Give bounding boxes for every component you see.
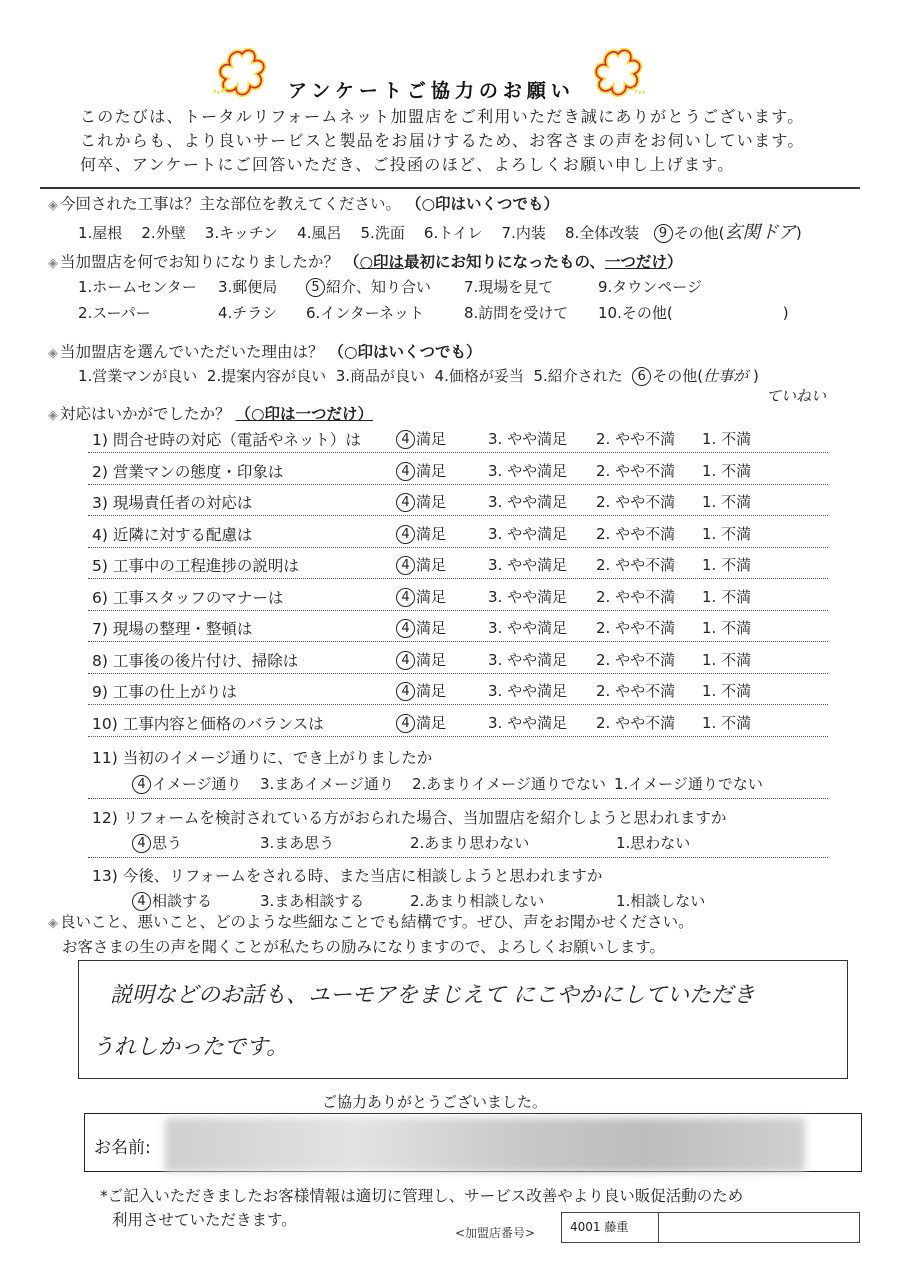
handwritten-answer: 玄関ドア xyxy=(724,222,795,243)
q1-options: 1.屋根 2.外壁 3.キッチン 4.風呂 5.洗面 6.トイレ 7.内装 8.… xyxy=(78,218,802,244)
q3-option[interactable]: 1.営業マンが良い xyxy=(78,367,197,385)
q4-row-label: 5) 工事中の工程進捗の説明は xyxy=(92,554,299,576)
comments-prompt-2: お客さまの生の声を聞くことが私たちの励みになりますので、よろしくお願いします。 xyxy=(62,935,665,957)
rating-option[interactable]: 1. 不満 xyxy=(702,556,751,574)
selected-circle[interactable]: 6 xyxy=(632,367,651,386)
q4-row-label: 4) 近隣に対する配慮は xyxy=(92,523,252,545)
divider xyxy=(88,798,828,799)
handwritten-comment-line-1: 説明などのお話も、ユーモアをまじえて にこやかにしていただき xyxy=(110,978,755,1009)
q1-option[interactable]: 2.外壁 xyxy=(141,224,185,242)
rating-option[interactable]: 1. 不満 xyxy=(702,493,751,511)
rating-option[interactable]: 2. やや不満 xyxy=(596,523,702,544)
store-code-label: <加盟店番号> xyxy=(455,1224,535,1241)
rating-option[interactable]: 3. やや満足 xyxy=(488,523,596,544)
rating-option[interactable]: 3. やや満足 xyxy=(488,554,596,575)
selected-circle[interactable]: 4 xyxy=(396,682,415,701)
flower-icon xyxy=(212,44,272,104)
rating-option[interactable]: 満足 xyxy=(416,462,446,480)
rating-option[interactable]: 2. やや不満 xyxy=(596,586,702,607)
q4-row-options: 4満足3. やや満足2. やや不満1. 不満 xyxy=(396,586,751,607)
q12-option[interactable]: 2.あまり思わない xyxy=(410,832,616,853)
handwritten-answer-cont: ていねい xyxy=(766,385,826,406)
rating-option[interactable]: 満足 xyxy=(416,588,446,606)
rating-option[interactable]: 3. やや満足 xyxy=(488,460,596,481)
q13-option[interactable]: 3.まあ相談する xyxy=(260,890,410,911)
q12-option[interactable]: 1.思わない xyxy=(616,834,690,852)
q4-row-options: 4満足3. やや満足2. やや不満1. 不満 xyxy=(396,712,751,733)
q4-row-options: 4満足3. やや満足2. やや不満1. 不満 xyxy=(396,523,751,544)
thanks-text: ご協力ありがとうございました。 xyxy=(322,1091,547,1112)
q13-option[interactable]: 2.あまり相談しない xyxy=(410,890,616,911)
rating-option[interactable]: 満足 xyxy=(416,714,446,732)
q12-option[interactable]: 3.まあ思う xyxy=(260,832,410,853)
rating-option[interactable]: 3. やや満足 xyxy=(488,428,596,449)
store-code-box: 4001 藤重 xyxy=(561,1212,860,1243)
rating-option[interactable]: 満足 xyxy=(416,682,446,700)
q11-option[interactable]: 2.あまりイメージ通りでない xyxy=(412,773,614,794)
rating-option[interactable]: 3. やや満足 xyxy=(488,712,596,733)
rating-option[interactable]: 2. やや不満 xyxy=(596,491,702,512)
divider xyxy=(88,641,828,642)
divider xyxy=(88,547,828,548)
q1-option[interactable]: 7.内装 xyxy=(502,224,546,242)
q3-option[interactable]: 5.紹介された xyxy=(533,367,622,385)
q3-heading: ◈当加盟店を選んでいただいた理由は？ （○印はいくつでも） xyxy=(48,340,481,362)
rating-option[interactable]: 3. やや満足 xyxy=(488,617,596,638)
selected-circle[interactable]: 4 xyxy=(396,462,415,481)
rating-option[interactable]: 1. 不満 xyxy=(702,525,751,543)
selected-circle[interactable]: 4 xyxy=(396,556,415,575)
rating-option[interactable]: 2. やや不満 xyxy=(596,460,702,481)
intro-line-2: これからも、より良いサービスと製品をお届けするため、お客さまの声をお伺いしていま… xyxy=(80,128,805,151)
rating-option[interactable]: 2. やや不満 xyxy=(596,712,702,733)
q13-options: 4相談する3.まあ相談する2.あまり相談しない1.相談しない xyxy=(132,890,705,911)
divider xyxy=(88,452,828,453)
q2-option[interactable]: 9.タウンページ xyxy=(598,278,702,296)
selected-circle[interactable]: 4 xyxy=(396,619,415,638)
q1-option[interactable]: 1.屋根 xyxy=(78,224,122,242)
selected-circle[interactable]: 4 xyxy=(396,588,415,607)
divider xyxy=(88,610,828,611)
q4-row-label: 3) 現場責任者の対応は xyxy=(92,491,252,513)
q2-option[interactable]: 8.訪問を受けて xyxy=(464,302,598,323)
q2-options-row2: 2.スーパー4.チラシ6.インターネット8.訪問を受けて10.その他() xyxy=(78,302,789,323)
q11-option[interactable]: 1.イメージ通りでない xyxy=(614,775,763,793)
q3-option[interactable]: 3.商品が良い xyxy=(336,367,425,385)
selected-circle[interactable]: 4 xyxy=(132,892,151,911)
selected-circle[interactable]: 4 xyxy=(132,834,151,853)
rating-option[interactable]: 2. やや不満 xyxy=(596,428,702,449)
rating-option[interactable]: 満足 xyxy=(416,619,446,637)
rating-option[interactable]: 3. やや満足 xyxy=(488,649,596,670)
rating-option[interactable]: 2. やや不満 xyxy=(596,617,702,638)
q11-option[interactable]: イメージ通り xyxy=(152,775,242,793)
rating-option[interactable]: 3. やや満足 xyxy=(488,586,596,607)
rating-option[interactable]: 2. やや不満 xyxy=(596,554,702,575)
redacted-name xyxy=(165,1118,805,1172)
q4-row-options: 4満足3. やや満足2. やや不満1. 不満 xyxy=(396,554,751,575)
q4-row-label: 1) 問合せ時の対応（電話やネット）は xyxy=(92,428,361,450)
privacy-note-2: 利用させていただきます。 xyxy=(112,1208,297,1230)
handwritten-answer: 仕事が xyxy=(703,367,748,385)
selected-circle[interactable]: 4 xyxy=(132,775,151,794)
handwritten-comment-line-2: うれしかったです。 xyxy=(92,1030,288,1061)
diamond-bullet-icon: ◈ xyxy=(48,198,58,213)
q2-option[interactable]: 紹介、知り合い xyxy=(326,278,431,296)
selected-circle[interactable]: 4 xyxy=(396,651,415,670)
q12-options: 4思う3.まあ思う2.あまり思わない1.思わない xyxy=(132,832,690,853)
intro-line-3: 何卒、アンケートにご回答いただき、ご投函のほど、よろしくお願い申し上げます。 xyxy=(80,152,735,175)
rating-option[interactable]: 1. 不満 xyxy=(702,462,751,480)
rating-option[interactable]: 3. やや満足 xyxy=(488,680,596,701)
rating-option[interactable]: 満足 xyxy=(416,525,446,543)
selected-circle[interactable]: 5 xyxy=(306,278,325,297)
q3-options: 1.営業マンが良い 2.提案内容が良い 3.商品が良い 4.価格が妥当 5.紹介… xyxy=(78,365,759,386)
rating-option[interactable]: 2. やや不満 xyxy=(596,649,702,670)
comments-prompt: ◈良いこと、悪いこと、どのような些細なことでも結構です。ぜひ、声をお聞かせくださ… xyxy=(48,910,694,932)
q4-row-label: 6) 工事スタッフのマナーは xyxy=(92,586,283,608)
q1-option[interactable]: 4.風呂 xyxy=(297,224,341,242)
q2-option[interactable]: 10.その他( xyxy=(598,304,673,322)
selected-circle[interactable]: 4 xyxy=(396,493,415,512)
q11-option[interactable]: 3.まあイメージ通り xyxy=(260,773,412,794)
q2-option[interactable]: 7.現場を見て xyxy=(464,276,598,297)
q4-row-label: 7) 現場の整理・整頓は xyxy=(92,617,252,639)
rating-option[interactable]: 満足 xyxy=(416,430,446,448)
rating-option[interactable]: 満足 xyxy=(416,651,446,669)
q1-option[interactable]: 6.トイレ xyxy=(424,224,483,242)
selected-circle[interactable]: 9 xyxy=(654,224,673,243)
divider xyxy=(40,187,860,189)
q1-option[interactable]: 3.キッチン xyxy=(205,224,278,242)
q1-option[interactable]: 8.全体改装 xyxy=(565,224,639,242)
q4-row-options: 4満足3. やや満足2. やや不満1. 不満 xyxy=(396,649,751,670)
q11-options: 4イメージ通り3.まあイメージ通り2.あまりイメージ通りでない1.イメージ通りで… xyxy=(132,773,763,794)
q12-option[interactable]: 思う xyxy=(152,834,182,852)
q2-options-row1: 1.ホームセンター3.郵便局5紹介、知り合い7.現場を見て9.タウンページ xyxy=(78,276,702,297)
q2-option[interactable]: 3.郵便局 xyxy=(218,276,306,297)
diamond-bullet-icon: ◈ xyxy=(48,256,58,271)
q13-option[interactable]: 1.相談しない xyxy=(616,892,705,910)
q13-question: 13) 今後、リフォームをされる時、また当店に相談しようと思われますか xyxy=(92,864,602,886)
q2-option[interactable]: 4.チラシ xyxy=(218,302,306,323)
name-label: お名前: xyxy=(94,1133,151,1158)
q3-option-other[interactable]: その他( xyxy=(652,367,703,385)
q2-option[interactable]: 1.ホームセンター xyxy=(78,276,218,297)
selected-circle[interactable]: 4 xyxy=(396,714,415,733)
privacy-note-1: *ご記入いただきましたお客様情報は適切に管理し、サービス改善やより良い販促活動の… xyxy=(100,1184,743,1206)
rating-option[interactable]: 1. 不満 xyxy=(702,651,751,669)
q4-row-label: 8) 工事後の後片付け、掃除は xyxy=(92,649,298,671)
rating-option[interactable]: 1. 不満 xyxy=(702,430,751,448)
divider xyxy=(88,673,828,674)
diamond-bullet-icon: ◈ xyxy=(48,346,58,361)
q4-row-options: 4満足3. やや満足2. やや不満1. 不満 xyxy=(396,491,751,512)
divider xyxy=(88,736,828,737)
intro-line-1: このたびは、トータルリフォームネット加盟店をご利用いただき誠にありがとうございま… xyxy=(80,104,805,127)
rating-option[interactable]: 1. 不満 xyxy=(702,619,751,637)
q12-question: 12) リフォームを検討されている方がおられた場合、当加盟店を紹介しようと思われ… xyxy=(92,806,726,828)
q11-question: 11) 当初のイメージ通りに、でき上がりましたか xyxy=(92,746,432,768)
q2-option[interactable]: 6.インターネット xyxy=(306,302,464,323)
q1-option[interactable]: 5.洗面 xyxy=(361,224,405,242)
flower-icon xyxy=(588,44,648,104)
divider xyxy=(88,857,828,858)
diamond-bullet-icon: ◈ xyxy=(48,408,58,423)
rating-option[interactable]: 1. 不満 xyxy=(702,588,751,606)
divider xyxy=(88,704,828,705)
selected-circle[interactable]: 4 xyxy=(396,525,415,544)
divider xyxy=(88,578,828,579)
q3-option[interactable]: 2.提案内容が良い xyxy=(207,367,326,385)
selected-circle[interactable]: 4 xyxy=(396,430,415,449)
divider xyxy=(88,515,828,516)
q13-option[interactable]: 相談する xyxy=(152,892,212,910)
q1-option-other[interactable]: その他( xyxy=(674,224,725,242)
store-code-value: 4001 藤重 xyxy=(562,1213,659,1242)
q2-option[interactable]: 2.スーパー xyxy=(78,302,218,323)
store-code-blank xyxy=(659,1213,859,1242)
rating-option[interactable]: 3. やや満足 xyxy=(488,491,596,512)
q4-row-options: 4満足3. やや満足2. やや不満1. 不満 xyxy=(396,460,751,481)
q4-row-label: 2) 営業マンの態度・印象は xyxy=(92,460,283,482)
rating-option[interactable]: 1. 不満 xyxy=(702,682,751,700)
rating-option[interactable]: 満足 xyxy=(416,556,446,574)
q4-row-label: 10) 工事内容と価格のバランスは xyxy=(92,712,324,734)
q3-option[interactable]: 4.価格が妥当 xyxy=(435,367,524,385)
page-title: アンケートご協力のお願い xyxy=(288,76,575,103)
q4-row-options: 4満足3. やや満足2. やや不満1. 不満 xyxy=(396,428,751,449)
rating-option[interactable]: 2. やや不満 xyxy=(596,680,702,701)
q4-row-options: 4満足3. やや満足2. やや不満1. 不満 xyxy=(396,680,751,701)
q4-heading: ◈対応はいかがでしたか？ （○印は一つだけ） xyxy=(48,402,373,424)
q4-row-label: 9) 工事の仕上がりは xyxy=(92,680,237,702)
rating-option[interactable]: 1. 不満 xyxy=(702,714,751,732)
q4-row-options: 4満足3. やや満足2. やや不満1. 不満 xyxy=(396,617,751,638)
q2-heading: ◈当加盟店を何でお知りになりましたか？ （○印は最初にお知りになったもの、一つだ… xyxy=(48,250,682,272)
q1-heading: ◈今回された工事は？主な部位を教えてください。 （○印はいくつでも） xyxy=(48,192,559,214)
diamond-bullet-icon: ◈ xyxy=(48,916,58,931)
divider xyxy=(88,484,828,485)
rating-option[interactable]: 満足 xyxy=(416,493,446,511)
